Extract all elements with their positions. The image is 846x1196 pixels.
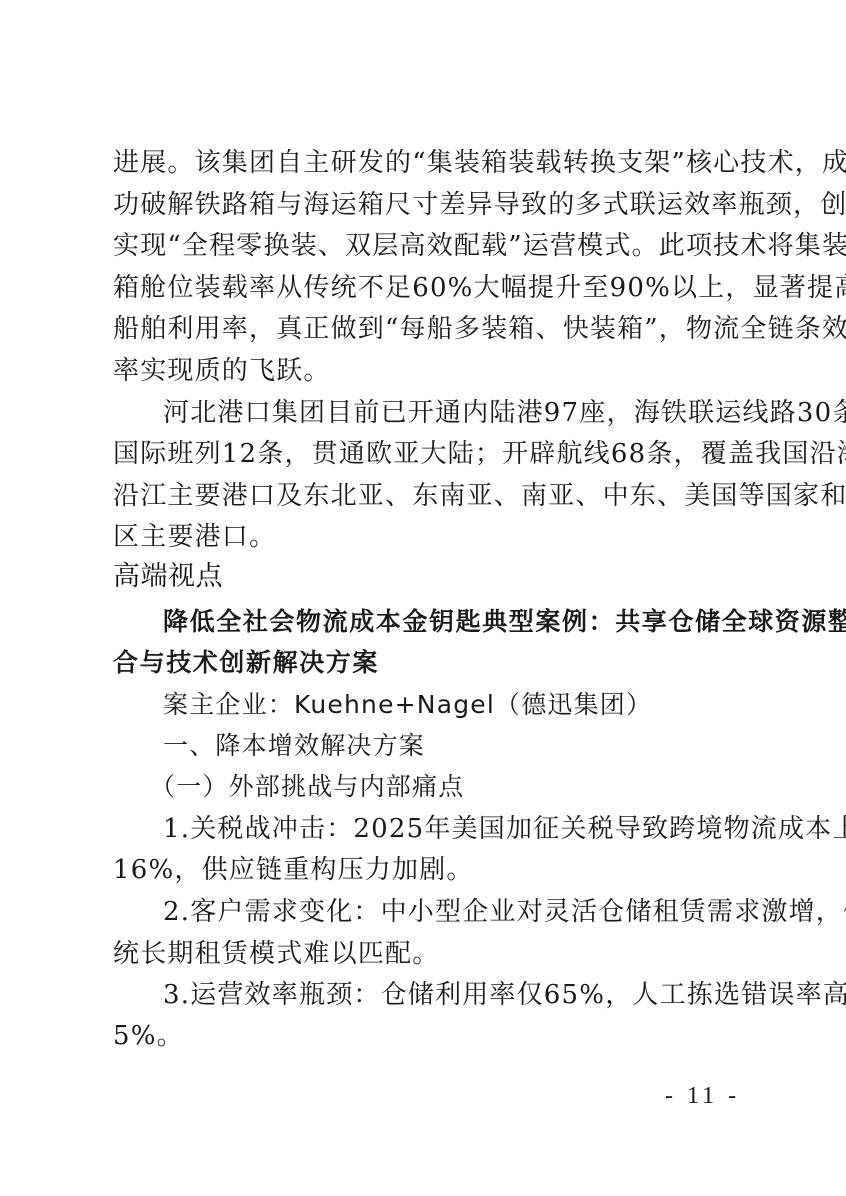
case-company: 案主企业：Kuehne+Nagel（德迅集团） xyxy=(163,690,743,720)
text-line: 功破解铁路箱与海运箱尺寸差异导致的多式联运效率瓶颈，创新 xyxy=(113,190,743,220)
text-line: 统长期租赁模式难以匹配。 xyxy=(113,939,743,969)
case-title-line: 合与技术创新解决方案 xyxy=(113,648,743,678)
text-line: 2.客户需求变化：中小型企业对灵活仓储租赁需求激增，传 xyxy=(163,897,743,927)
text-line: 箱舱位装载率从传统不足60%大幅提升至90%以上，显著提高 xyxy=(113,273,743,303)
text-line: 船舶利用率，真正做到“每船多装箱、快装箱”，物流全链条效 xyxy=(113,314,743,344)
text-line: 进展。该集团自主研发的“集装箱装载转换支架”核心技术，成 xyxy=(113,148,743,178)
text-line: 河北港口集团目前已开通内陆港97座，海铁联运线路30条、 xyxy=(163,398,743,428)
subheading-solution: 一、降本增效解决方案 xyxy=(163,731,743,761)
text-line: 3.运营效率瓶颈：仓储利用率仅65%，人工拣选错误率高达 xyxy=(163,980,743,1010)
subheading-challenges: （一）外部挑战与内部痛点 xyxy=(150,772,780,802)
text-line: 实现“全程零换装、双层高效配载”运营模式。此项技术将集装 xyxy=(113,231,743,261)
text-line: 1.关税战冲击：2025年美国加征关税导致跨境物流成本上涨 xyxy=(163,814,743,844)
text-line: 16%，供应链重构压力加剧。 xyxy=(113,855,743,885)
text-line: 沿江主要港口及东北亚、东南亚、南亚、中东、美国等国家和地 xyxy=(113,481,743,511)
section-heading: 高端视点 xyxy=(113,562,743,592)
text-line: 率实现质的飞跃。 xyxy=(113,356,743,386)
document-page: 进展。该集团自主研发的“集装箱装载转换支架”核心技术，成 功破解铁路箱与海运箱尺… xyxy=(0,0,846,1196)
page-number: - 11 - xyxy=(665,1082,740,1110)
case-title-line: 降低全社会物流成本金钥匙典型案例：共享仓储全球资源整 xyxy=(163,607,743,637)
text-line: 国际班列12条，贯通欧亚大陆；开辟航线68条，覆盖我国沿海、 xyxy=(113,439,743,469)
text-line: 5%。 xyxy=(113,1021,743,1051)
text-line: 区主要港口。 xyxy=(113,522,743,552)
